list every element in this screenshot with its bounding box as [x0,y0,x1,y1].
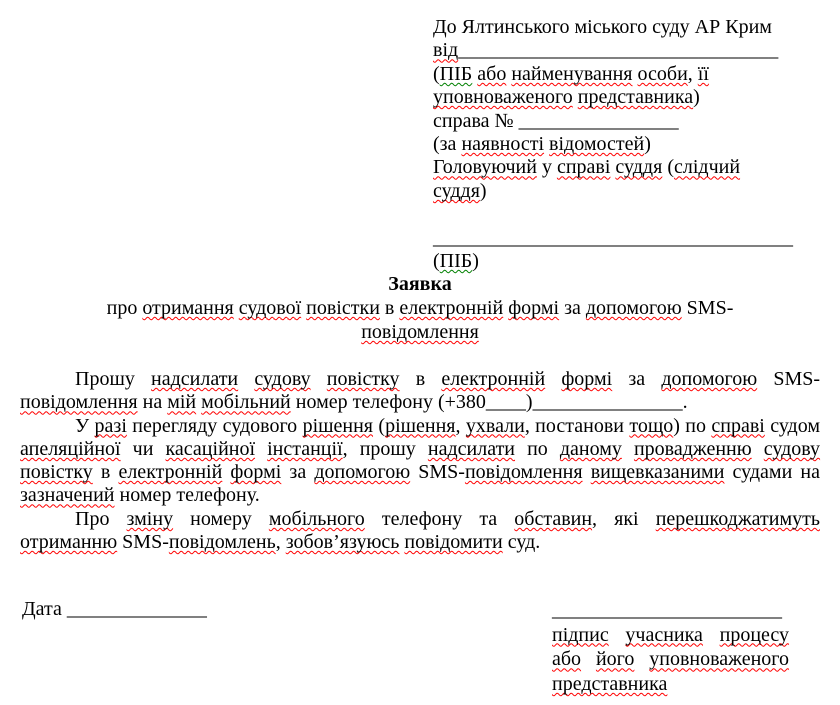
misspelled-word: представника [578,86,693,108]
misspelled-word: ПІБ [440,63,473,85]
misspelled-word: інстанції [267,438,343,460]
misspelled-word: надсилати [428,438,515,460]
text-run: SMS- [757,368,820,390]
misspelled-word: разі [95,415,127,437]
document-title-block: Заявка про отримання судової повістки в … [20,272,820,344]
if-available-caption-line: (за наявності відомостей) [433,133,801,156]
text-run: ______________ [67,598,207,620]
text-run: номер телефону. [115,484,260,506]
text-run: , прошу [343,438,428,460]
misspelled-word: надсилати [151,368,238,390]
text-run [238,368,254,390]
text-run: про [107,297,143,319]
text-run: , постанови [525,415,630,437]
text-run: Дата [22,598,67,620]
misspelled-word: її [698,63,709,85]
misspelled-word: учасника [625,624,703,646]
text-run: за [612,368,661,390]
paragraph-notify-changes: Про зміну номеру мобільного телефону та … [20,508,820,555]
misspelled-word: судову [764,438,820,460]
text-run: чи [121,438,166,460]
text-run: ( [662,156,674,178]
text-run: , [276,531,286,553]
text-run: ( [433,63,440,85]
misspelled-word: електронній [441,368,545,390]
blank-spacer-line [433,203,801,226]
text-run: за [281,461,314,483]
misspelled-word: слідчий [674,156,740,178]
misspelled-word: повідомлення [465,461,583,483]
misspelled-word: повістки [306,297,380,319]
signature-rule-line: _______________________ [552,598,789,623]
presiding-judge-line-1: Головуючий у справі суддя (слідчий [433,156,801,179]
date-line: Дата ______________ [22,598,207,621]
applicant-caption-line-1: (ПІБ або найменування особи, її [433,63,801,86]
document-body: Прошу надсилати судову повістку в електр… [20,368,820,554]
case-number-line: справа № ________________ [433,110,801,133]
misspelled-word: допомогою [661,368,757,390]
applicant-caption-line-2: уповноваженого представника) [433,86,801,109]
misspelled-word: вищевказаними [591,461,725,483]
text-run: ) по [673,415,711,437]
misspelled-word: повістку [20,461,93,483]
misspelled-word: мобільний [201,391,291,413]
text-run [311,368,327,390]
misspelled-word: уповноваженого [433,86,573,108]
misspelled-word: представника [552,673,667,695]
misspelled-word: особи [638,63,688,85]
misspelled-word: апеляційної [20,438,121,460]
text-run: Заявка [388,273,451,295]
misspelled-word: Головуючий [433,156,537,178]
misspelled-word: касаційної [166,438,256,460]
court-address-block: До Ялтинського міського суду АР Крим від… [433,16,801,273]
misspelled-word: суддя [433,180,480,202]
text-run: за [559,297,586,319]
document-subtitle-line-2: повідомлення [20,320,820,344]
misspelled-word: найменування [511,63,632,85]
misspelled-word: отримання [142,297,233,319]
signature-caption: підпис учасника процесу або його уповнов… [552,623,789,697]
misspelled-word: повістку [327,368,400,390]
paragraph-request-sms: Прошу надсилати судову повістку в електр… [20,368,820,415]
misspelled-word: мобільного [269,508,365,530]
text-run [583,461,591,483]
text-run: До Ялтинського міського суду АР Крим [433,16,772,38]
text-run: ________________________________ [458,39,778,61]
text-run: ________________ [519,110,679,132]
misspelled-word: відомостей [549,133,644,155]
misspelled-word: електронній [118,461,222,483]
text-run: ) [693,86,700,108]
misspelled-word: формі [230,461,281,483]
text-run: Прошу [75,368,151,390]
misspelled-word: наявності [461,133,544,155]
misspelled-word: підпис [552,624,609,646]
misspelled-word: повідомлень [169,531,276,553]
misspelled-word: тощо [629,415,673,437]
misspelled-word: повідомити [404,531,502,553]
misspelled-word: повідомлення [20,391,138,413]
signature-block: _______________________ підпис учасника … [552,598,789,697]
text-run: у [537,156,557,178]
misspelled-word: процесу [720,624,789,646]
judge-name-caption-line: (ПІБ) [433,250,801,273]
text-run: ____________________________________ [433,227,793,249]
text-run: _______________________ [552,599,782,621]
misspelled-word: або [477,63,506,85]
misspelled-word: допомогою [586,297,682,319]
misspelled-word: перешкоджатимуть [656,508,820,530]
text-run: , [456,415,466,437]
text-run: , [688,63,698,85]
text-run: SMS- [117,531,169,553]
text-run: ( [433,250,440,272]
misspelled-word: судову [254,368,310,390]
text-run: судами на [724,461,820,483]
text-run [545,368,561,390]
misspelled-word: обставин [514,508,592,530]
misspelled-word: або [552,648,581,670]
misspelled-word: формі [561,368,612,390]
misspelled-word: рішення [385,415,455,437]
misspelled-word: формі [508,297,559,319]
document-title: Заявка [20,272,820,296]
misspelled-word: зазначений [20,484,115,506]
text-run [622,438,634,460]
presiding-judge-line-2: суддя) [433,180,801,203]
text-run [433,203,438,225]
text-run: ( [373,415,385,437]
misspelled-word: допомогою [314,461,410,483]
text-run: суд. [503,531,541,553]
text-run: У [75,415,95,437]
text-run [581,648,596,670]
misspelled-word: судової [239,297,301,319]
court-name-line: До Ялтинського міського суду АР Крим [433,16,801,39]
text-run: ) [472,250,479,272]
text-run [634,648,649,670]
misspelled-word: справі [557,156,610,178]
from-blank-line: від________________________________ [433,39,801,62]
misspelled-word: мій [167,391,196,413]
text-run: в [93,461,119,483]
misspelled-word: рішення [303,415,373,437]
document-subtitle-line-1: про отримання судової повістки в електро… [20,296,820,320]
text-run: ) [480,180,487,202]
text-run: перегляду судового [127,415,303,437]
misspelled-word: електронній [399,297,503,319]
misspelled-word: зобов’язуюсь [286,531,400,553]
misspelled-word: зміну [127,508,174,530]
text-run: в [380,297,399,319]
paragraph-review-instances: У разі перегляду судового рішення (рішен… [20,415,820,508]
misspelled-word: повідомлення [361,321,479,343]
text-run [609,624,626,646]
text-run: SMS- [682,297,734,319]
text-run: SMS- [410,461,465,483]
judge-name-blank-line: ____________________________________ [433,227,801,250]
misspelled-word: даному [560,438,622,460]
text-run: в [400,368,442,390]
text-run: ) [644,133,651,155]
text-run: судом [765,415,820,437]
text-run: , які [592,508,656,530]
text-run: справа № [433,110,519,132]
misspelled-word: уповноваженого [649,648,789,670]
text-run: по [515,438,560,460]
misspelled-word: від [433,39,458,61]
text-run [703,624,720,646]
text-run: (за [433,133,461,155]
misspelled-word: його [596,648,634,670]
misspelled-word: отриманню [20,531,117,553]
document-page: До Ялтинського міського суду АР Крим від… [0,0,840,705]
misspelled-word: справі [711,415,764,437]
misspelled-word: суддя [615,156,662,178]
misspelled-word: ПІБ [440,250,473,272]
text-run: номер телефону (+380____)_______________… [291,391,688,413]
misspelled-word: провадженню [634,438,752,460]
text-run [255,438,267,460]
misspelled-word: ухвали [466,415,525,437]
text-run: телефону та [365,508,515,530]
text-run [752,438,764,460]
text-run: Про [75,508,127,530]
text-run: на [138,391,168,413]
text-run: номеру [173,508,269,530]
